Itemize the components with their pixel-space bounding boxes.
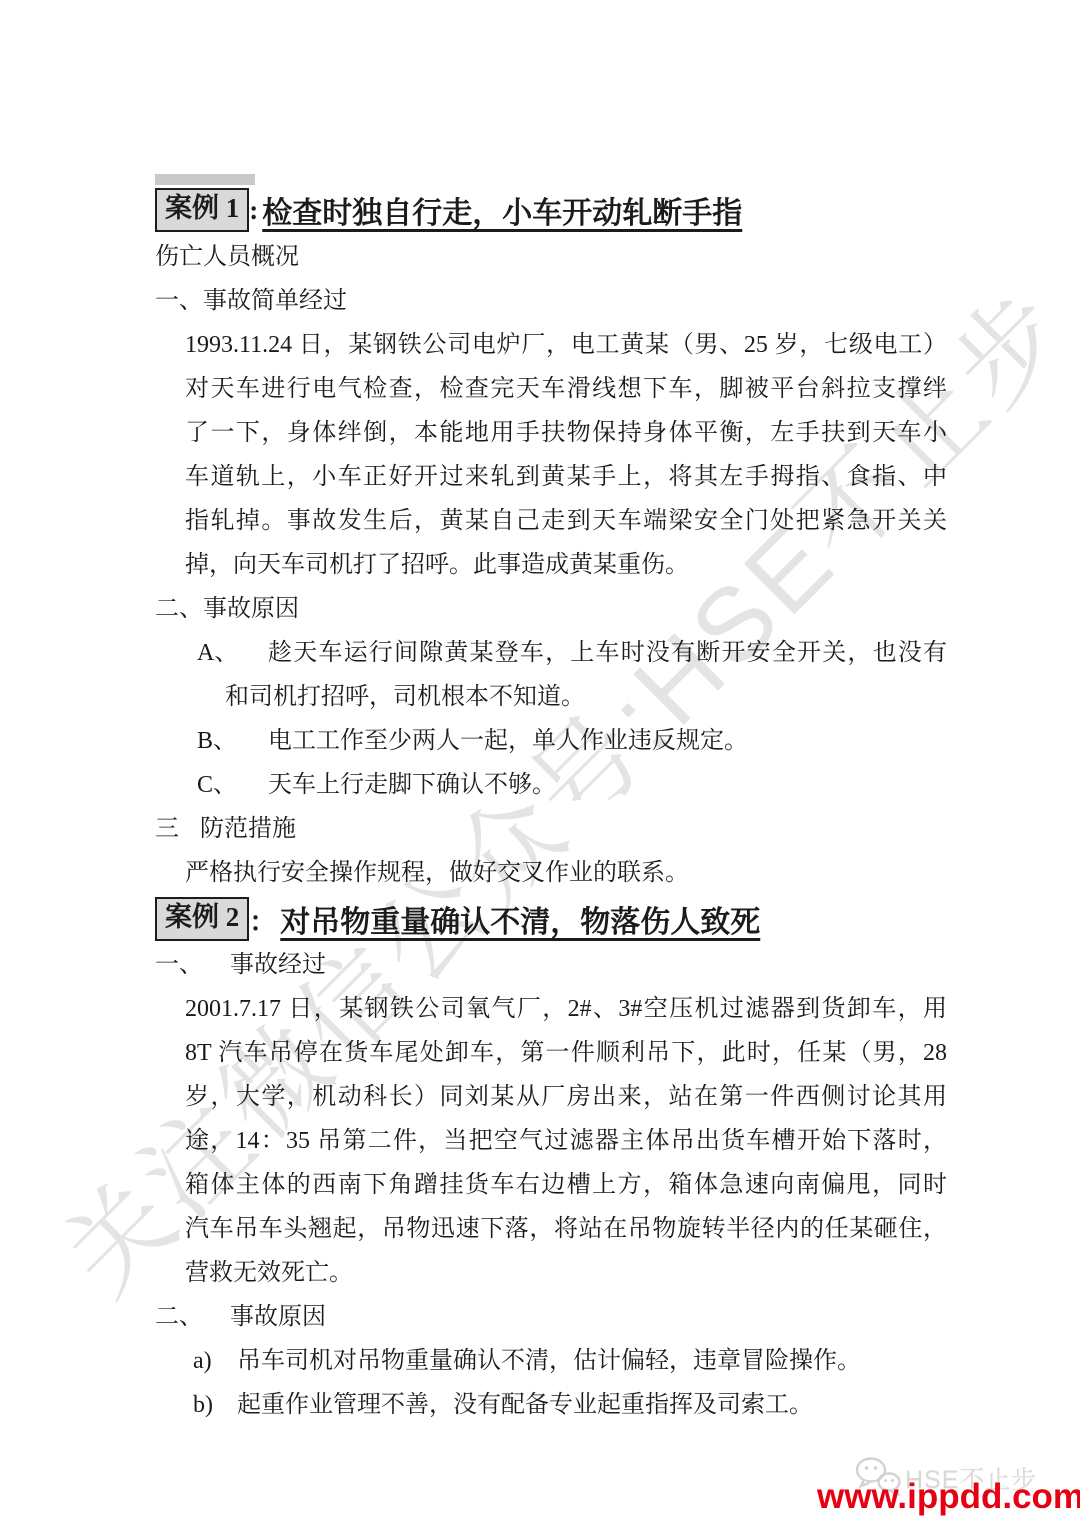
case1-title: 检查时独自行走，小车开动轧断手指 <box>262 188 742 232</box>
paragraph-line: 营救无效死亡。 <box>155 1251 947 1295</box>
case1-subtitle: 伤亡人员概况 <box>155 235 947 279</box>
cause-text: 趁天车运行间隙黄某登车，上车时没有断开安全开关，也没有 <box>268 631 947 675</box>
document-content: 案例 1:检查时独自行走，小车开动轧断手指 伤亡人员概况 一、事故简单经过 19… <box>155 174 947 1427</box>
cause-marker: C、 <box>197 763 268 807</box>
case1-title-row: 案例 1:检查时独自行走，小车开动轧断手指 <box>155 188 947 232</box>
case2-section2-heading: 二、事故原因 <box>155 1295 947 1339</box>
cause-item-A-continuation: 和司机打招呼，司机根本不知道。 <box>155 675 947 719</box>
paragraph-line: 岁，大学，机动科长）同刘某从厂房出来，站在第一件西侧讨论其用 <box>155 1075 947 1119</box>
section1-label: 事故经过 <box>230 952 326 978</box>
cause-item-b: b)起重作业管理不善，没有配备专业起重指挥及司索工。 <box>155 1383 947 1427</box>
paragraph-line: 8T 汽车吊停在货车尾处卸车，第一件顺利吊下，此时，任某（男，28 <box>155 1031 947 1075</box>
cause-text: 电工工作至少两人一起，单人作业违反规定。 <box>268 719 947 763</box>
paragraph-line: 了一下，身体绊倒，本能地用手扶物保持身体平衡，左手扶到天车小 <box>155 411 947 455</box>
paragraph-line: 指轧掉。事故发生后，黄某自己走到天车端梁安全门处把紧急开关关 <box>155 499 947 543</box>
cause-item-B: B、电工工作至少两人一起，单人作业违反规定。 <box>155 719 947 763</box>
cause-item-C: C、天车上行走脚下确认不够。 <box>155 763 947 807</box>
paragraph-line: 箱体主体的西南下角蹭挂货车右边槽上方，箱体急速向南偏甩，同时 <box>155 1163 947 1207</box>
case1-section2-heading: 二、事故原因 <box>155 587 947 631</box>
cause-text: 天车上行走脚下确认不够。 <box>268 763 947 807</box>
paragraph-line: 途，14：35 吊第二件，当把空气过滤器主体吊出货车槽开始下落时， <box>155 1119 947 1163</box>
paragraph-line: 2001.7.17 日，某钢铁公司氧气厂，2#、3#空压机过滤器到货卸车，用 <box>155 987 947 1031</box>
cause-text: 起重作业管理不善，没有配备专业起重指挥及司索工。 <box>237 1383 947 1427</box>
footer-url[interactable]: www.ippdd.com <box>817 1477 1080 1517</box>
case1-section1-heading: 一、事故简单经过 <box>155 279 947 323</box>
section1-marker: 一、 <box>155 943 230 987</box>
section2-marker: 二、 <box>155 1295 230 1339</box>
cause-item-A: A、趁天车运行间隙黄某登车，上车时没有断开安全开关，也没有 <box>155 631 947 675</box>
section3-marker: 三 <box>155 807 200 851</box>
scan-artifact <box>155 174 255 185</box>
case1-section3-heading: 三防范措施 <box>155 807 947 851</box>
section2-label: 事故原因 <box>230 1304 326 1330</box>
cause-marker: a) <box>193 1339 237 1383</box>
cause-item-a: a)吊车司机对吊物重量确认不清，估计偏轻，违章冒险操作。 <box>155 1339 947 1383</box>
section3-label: 防范措施 <box>200 816 296 842</box>
paragraph-line: 汽车吊车头翘起，吊物迅速下落，将站在吊物旋转半径内的任某砸住， <box>155 1207 947 1251</box>
case1-section3-text: 严格执行安全操作规程，做好交叉作业的联系。 <box>155 851 947 895</box>
paragraph-line: 车道轨上，小车正好开过来轧到黄某手上，将其左手拇指、食指、中 <box>155 455 947 499</box>
case1-separator: : <box>249 195 258 226</box>
cause-marker: B、 <box>197 719 268 763</box>
cause-marker: b) <box>193 1383 237 1427</box>
case2-separator: ： <box>249 900 276 939</box>
case1-label-box: 案例 1 <box>155 188 249 232</box>
paragraph-line: 掉，向天车司机打了招呼。此事造成黄某重伤。 <box>155 543 947 587</box>
cause-text: 吊车司机对吊物重量确认不清，估计偏轻，违章冒险操作。 <box>237 1339 947 1383</box>
case2-section1-heading: 一、事故经过 <box>155 943 947 987</box>
paragraph-line: 1993.11.24 日，某钢铁公司电炉厂，电工黄某（男、25 岁，七级电工） <box>155 323 947 367</box>
paragraph-line: 对天车进行电气检查，检查完天车滑线想下车，脚被平台斜拉支撑绊 <box>155 367 947 411</box>
cause-marker: A、 <box>197 631 268 675</box>
case2-label-box: 案例 2 <box>155 897 249 941</box>
case2-title: 对吊物重量确认不清，物落伤人致死 <box>280 897 760 941</box>
case2-title-row: 案例 2：对吊物重量确认不清，物落伤人致死 <box>155 895 947 943</box>
document-page: 关注微信公众号:HSE不止步 案例 1:检查时独自行走，小车开动轧断手指 伤亡人… <box>0 0 1080 1527</box>
